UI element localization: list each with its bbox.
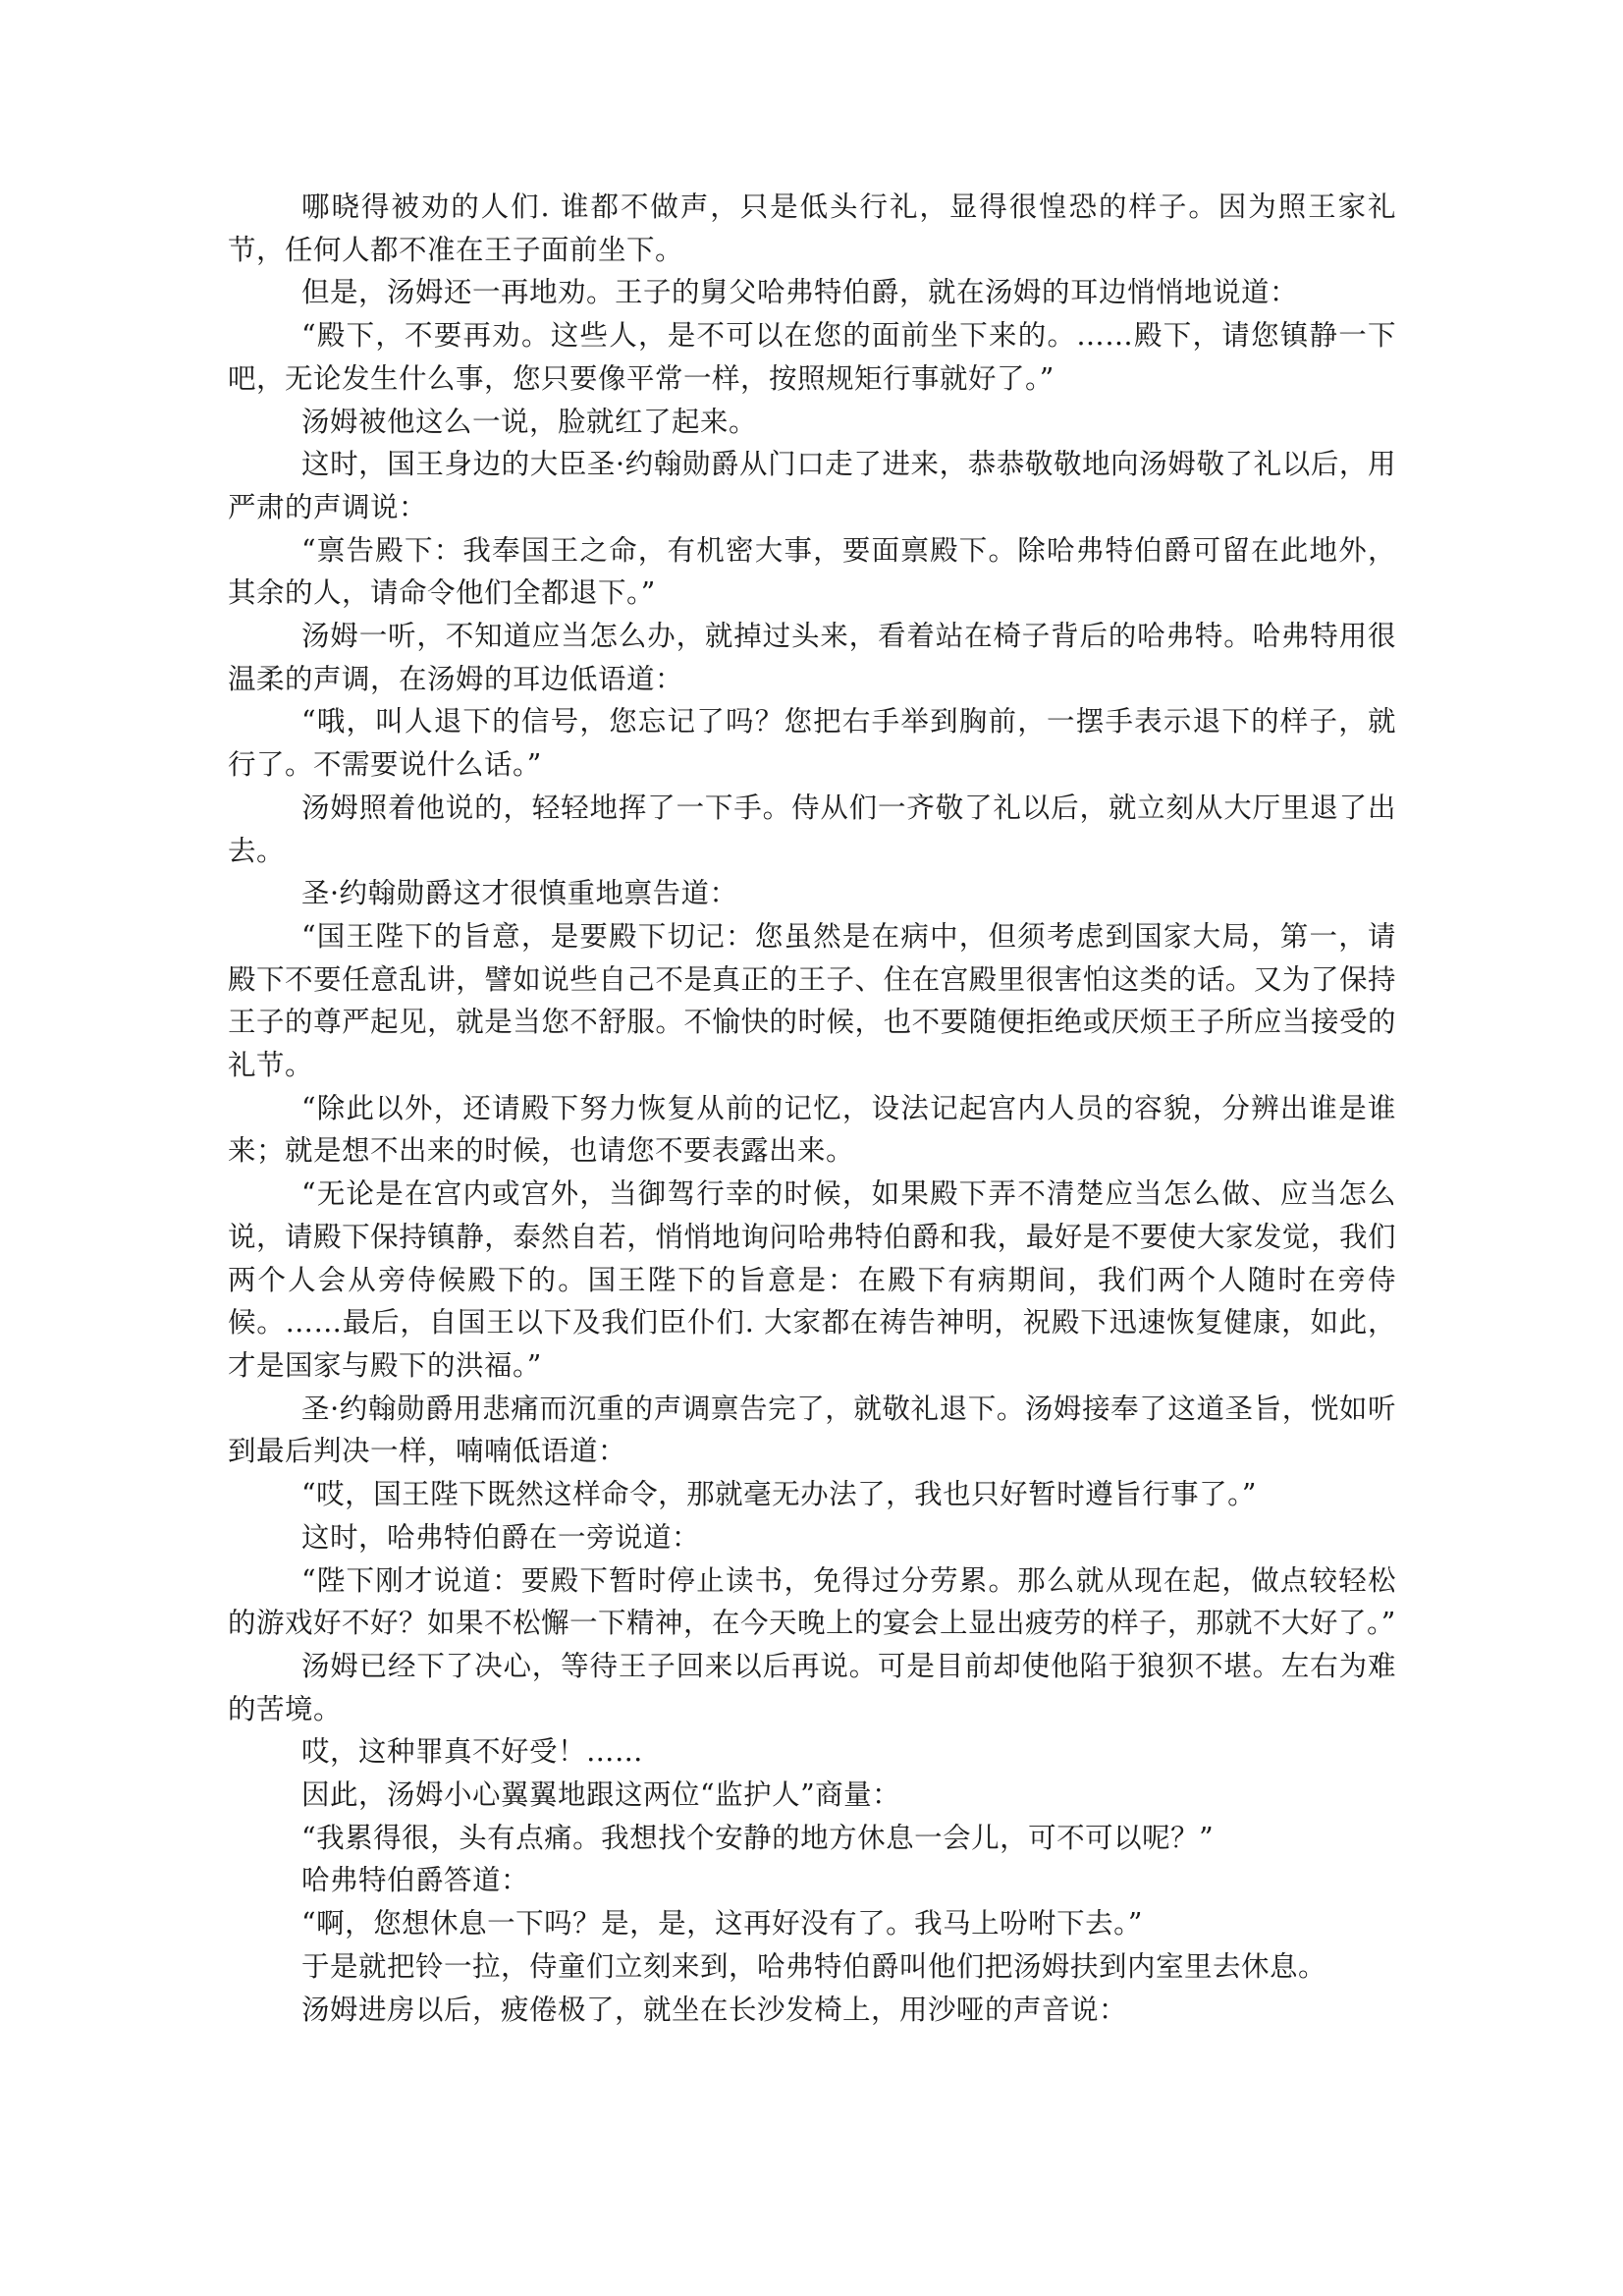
paragraph: 汤姆已经下了决心，等待王子回来以后再说。可是目前却使他陷于狼狈不堪。左右为难的苦… xyxy=(228,1645,1396,1730)
paragraph: “我累得很，头有点痛。我想找个安静的地方休息一会儿，可不可以呢？” xyxy=(228,1817,1396,1860)
paragraph: 这时，哈弗特伯爵在一旁说道： xyxy=(228,1516,1396,1559)
paragraph: “哦，叫人退下的信号，您忘记了吗？您把右手举到胸前，一摆手表示退下的样子，就行了… xyxy=(228,700,1396,786)
paragraph: 于是就把铃一拉，侍童们立刻来到，哈弗特伯爵叫他们把汤姆扶到内室里去休息。 xyxy=(228,1945,1396,1989)
paragraph: “殿下，不要再劝。这些人，是不可以在您的面前坐下来的。……殿下，请您镇静一下吧，… xyxy=(228,314,1396,400)
paragraph: 这时，国王身边的大臣圣·约翰勋爵从门口走了进来，恭恭敬敬地向汤姆敬了礼以后，用严… xyxy=(228,443,1396,528)
paragraph: 哈弗特伯爵答道： xyxy=(228,1859,1396,1902)
paragraph: “除此以外，还请殿下努力恢复从前的记忆，设法记起宫内人员的容貌，分辨出谁是谁来；… xyxy=(228,1087,1396,1173)
paragraph: 但是，汤姆还一再地劝。王子的舅父哈弗特伯爵，就在汤姆的耳边悄悄地说道： xyxy=(228,271,1396,314)
paragraph: 汤姆进房以后，疲倦极了，就坐在长沙发椅上，用沙哑的声音说： xyxy=(228,1989,1396,2032)
paragraph: 因此，汤姆小心翼翼地跟这两位“监护人”商量： xyxy=(228,1774,1396,1817)
paragraph: 哪晓得被劝的人们. 谁都不做声，只是低头行礼，显得很惶恐的样子。因为照王家礼节，… xyxy=(228,186,1396,271)
paragraph: “陛下刚才说道：要殿下暂时停止读书，免得过分劳累。那么就从现在起，做点较轻松的游… xyxy=(228,1559,1396,1645)
paragraph: “啊，您想休息一下吗？是，是，这再好没有了。我马上吩咐下去。” xyxy=(228,1902,1396,1945)
paragraph: “国王陛下的旨意，是要殿下切记：您虽然是在病中，但须考虑到国家大局，第一，请殿下… xyxy=(228,915,1396,1087)
document-page: 哪晓得被劝的人们. 谁都不做声，只是低头行礼，显得很惶恐的样子。因为照王家礼节，… xyxy=(0,0,1623,2296)
paragraph: 哎，这种罪真不好受！…… xyxy=(228,1730,1396,1774)
paragraph: “无论是在宫内或宫外，当御驾行幸的时候，如果殿下弄不清楚应当怎么做、应当怎么说，… xyxy=(228,1173,1396,1388)
paragraph: 汤姆被他这么一说，脸就红了起来。 xyxy=(228,401,1396,444)
paragraph: “禀告殿下：我奉国王之命，有机密大事，要面禀殿下。除哈弗特伯爵可留在此地外，其余… xyxy=(228,529,1396,615)
paragraph: 汤姆照着他说的，轻轻地挥了一下手。侍从们一齐敬了礼以后，就立刻从大厅里退了出去。 xyxy=(228,787,1396,872)
text-block: 哪晓得被劝的人们. 谁都不做声，只是低头行礼，显得很惶恐的样子。因为照王家礼节，… xyxy=(228,186,1396,2031)
paragraph: “哎，国王陛下既然这样命令，那就毫无办法了，我也只好暂时遵旨行事了。” xyxy=(228,1473,1396,1516)
paragraph: 圣·约翰勋爵这才很慎重地禀告道： xyxy=(228,872,1396,915)
paragraph: 圣·约翰勋爵用悲痛而沉重的声调禀告完了，就敬礼退下。汤姆接奉了这道圣旨，恍如听到… xyxy=(228,1388,1396,1473)
paragraph: 汤姆一听，不知道应当怎么办，就掉过头来，看着站在椅子背后的哈弗特。哈弗特用很温柔… xyxy=(228,615,1396,700)
